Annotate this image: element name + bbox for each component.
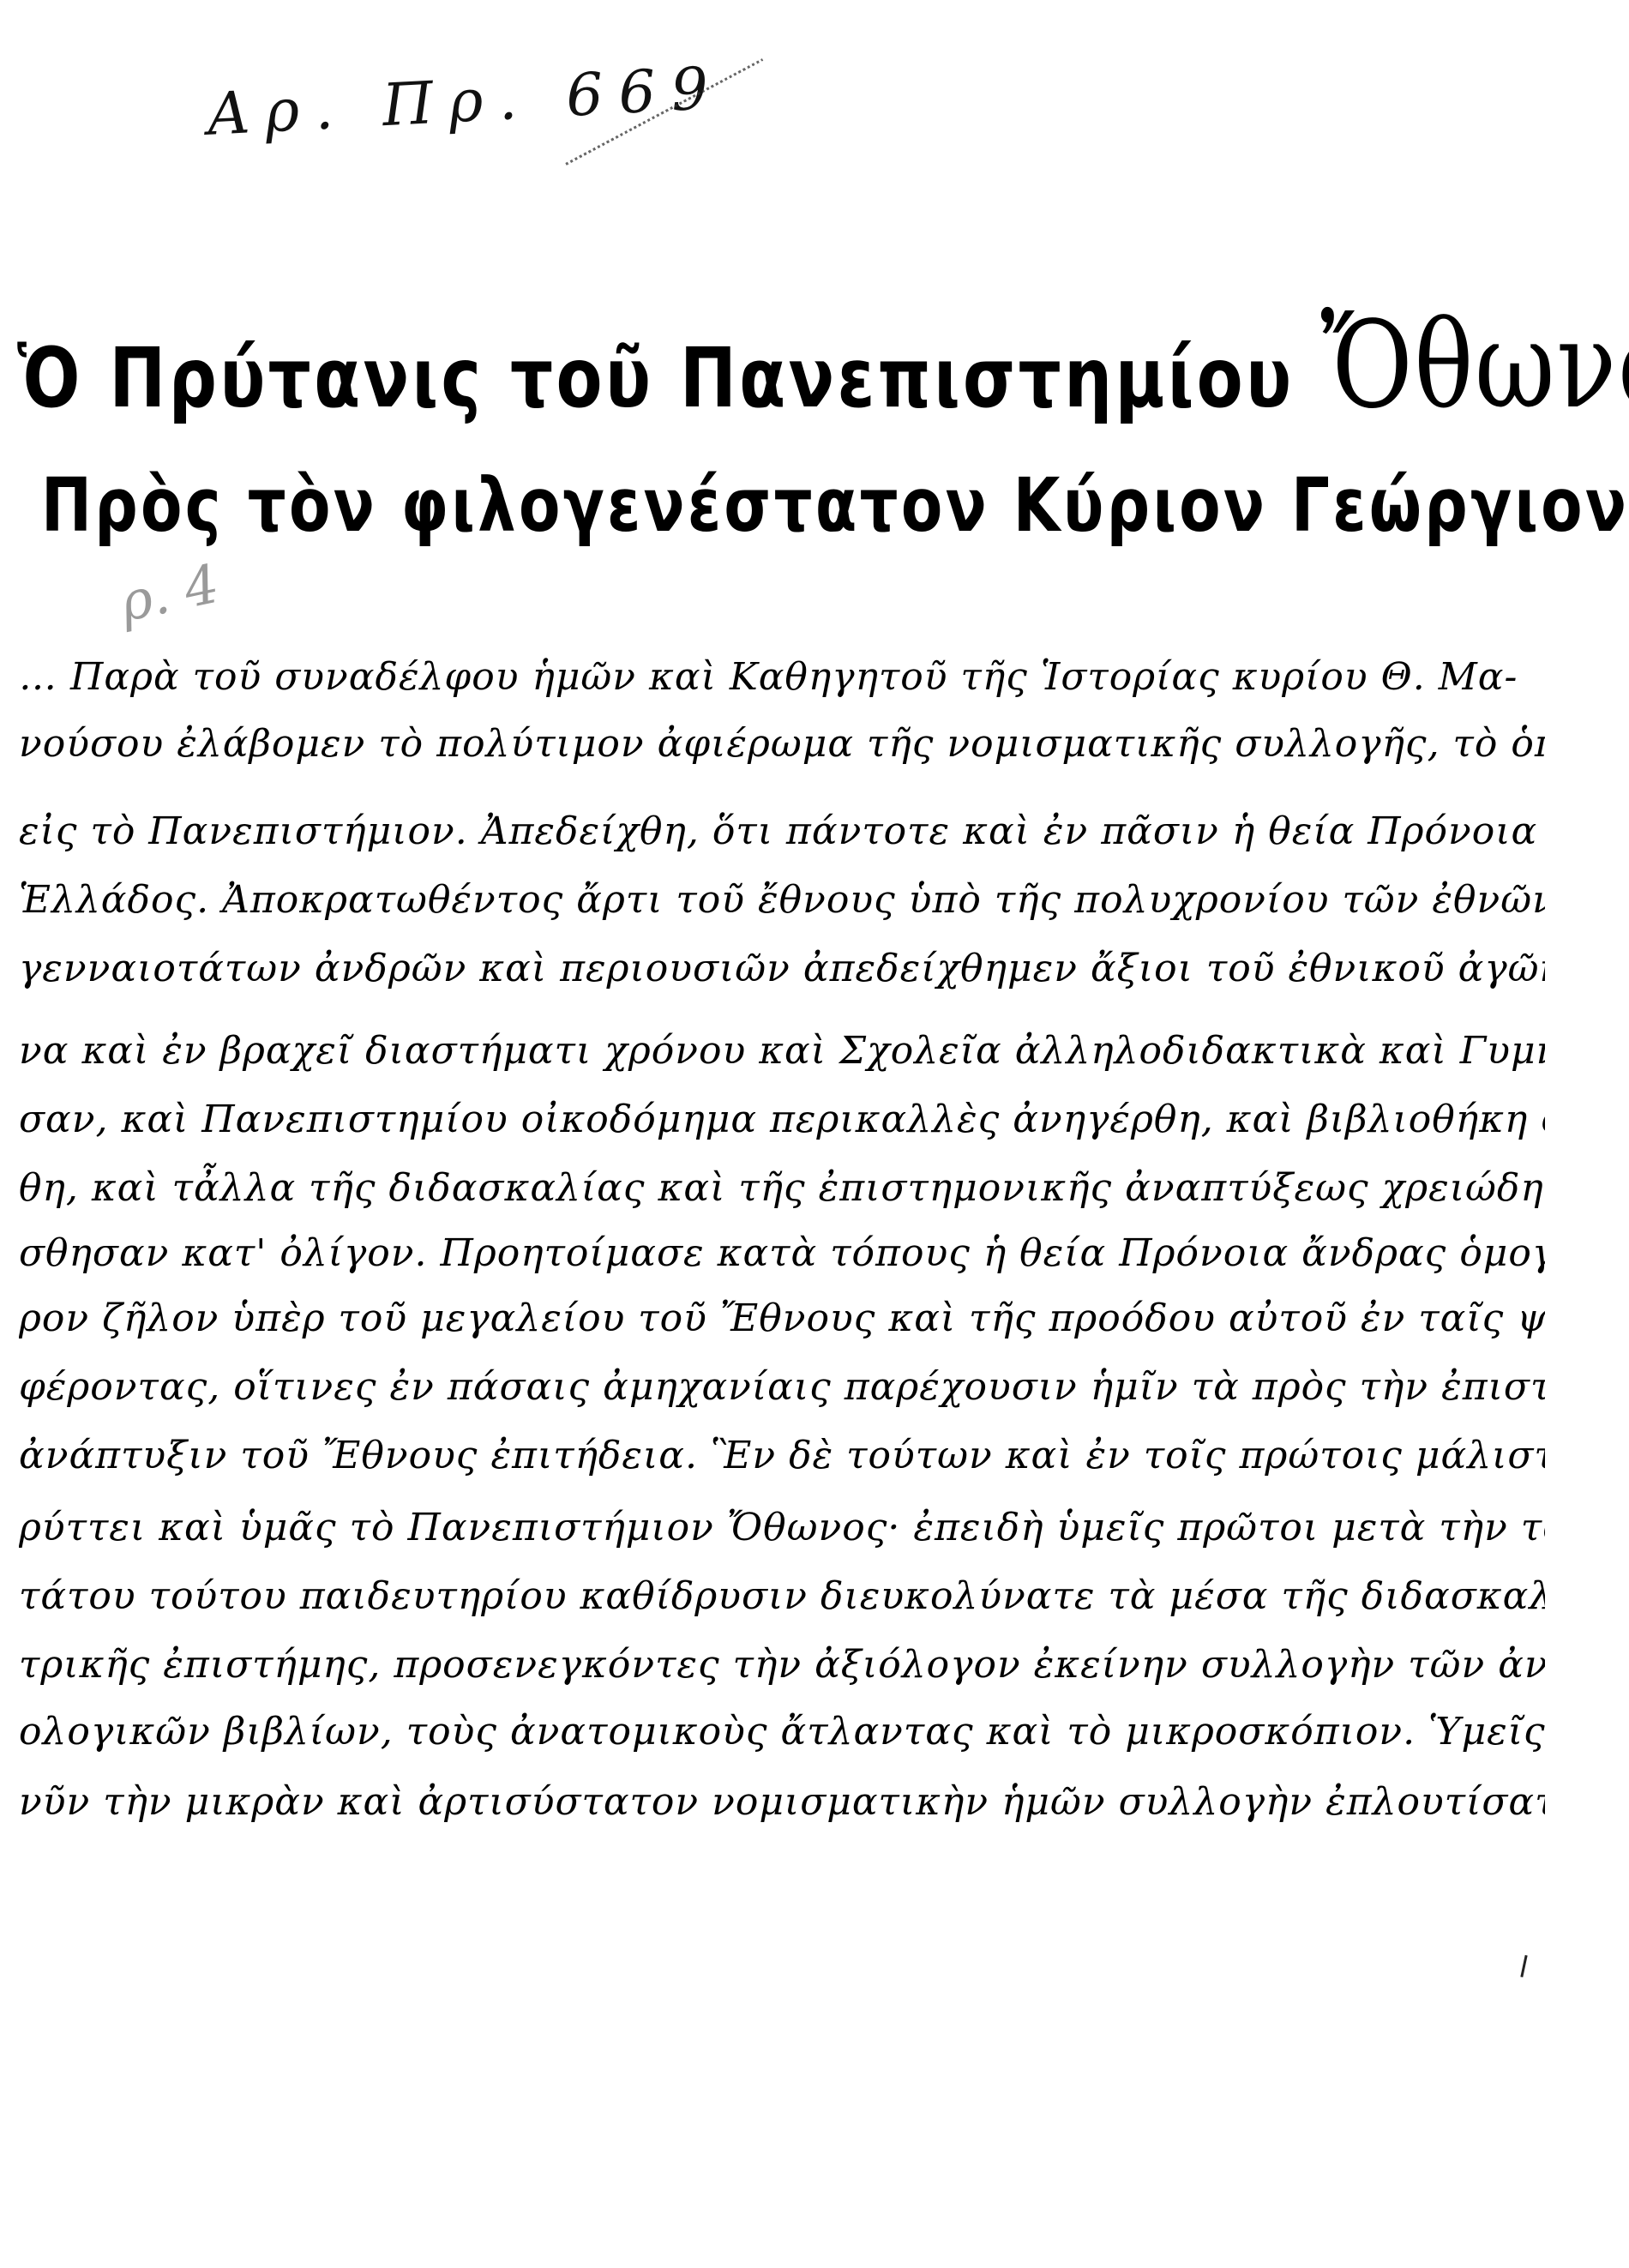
body-line: γενναιοτάτων ἀνδρῶν καὶ περιουσιῶν ἀπεδε… xyxy=(19,943,1545,995)
body-line: ρύττει καὶ ὑμᾶς τὸ Πανεπιστήμιον Ὄθωνος·… xyxy=(19,1502,1545,1554)
body-line: θη, καὶ τἆλλα τῆς διδασκαλίας καὶ τῆς ἐπ… xyxy=(19,1163,1545,1214)
body-line: σθησαν κατ' ὀλίγον. Προητοίμασε κατὰ τόπ… xyxy=(19,1228,1545,1279)
body-line: εἰς τὸ Πανεπιστήμιον. Ἀπεδείχθη, ὅτι πάν… xyxy=(19,806,1545,857)
letter-body: … Παρὰ τοῦ συναδέλφου ἡμῶν καὶ Καθηγητοῦ… xyxy=(0,0,1629,2268)
scanned-letter-page: Αρ. Πρ. 669 Ὁ Πρύτανις τοῦ Πανεπιστημίου… xyxy=(0,0,1629,2268)
body-line: ολογικῶν βιβλίων, τοὺς ἀνατομικοὺς ἄτλαν… xyxy=(19,1706,1545,1758)
body-line: ρον ζῆλον ὑπὲρ τοῦ μεγαλείου τοῦ Ἔθνους … xyxy=(19,1293,1545,1345)
body-line: νῦν τὴν μικρὰν καὶ ἀρτισύστατον νομισματ… xyxy=(19,1777,1545,1828)
body-line: νούσου ἐλάβομεν τὸ πολύτιμον ἀφιέρωμα τῆ… xyxy=(19,719,1545,770)
body-line: φέροντας, οἵτινες ἐν πάσαις ἀμηχανίαις π… xyxy=(19,1362,1545,1413)
body-line: … Παρὰ τοῦ συναδέλφου ἡμῶν καὶ Καθηγητοῦ… xyxy=(19,652,1545,703)
body-line: να καὶ ἐν βραχεῖ διαστήματι χρόνου καὶ Σ… xyxy=(19,1026,1545,1077)
body-line: τάτου τούτου παιδευτηρίου καθίδρυσιν διε… xyxy=(19,1571,1545,1622)
body-line: σαν, καὶ Πανεπιστημίου οἰκοδόμημα περικα… xyxy=(19,1094,1545,1146)
body-line: ἀνάπτυξιν τοῦ Ἔθνους ἐπιτήδεια. Ἓν δὲ το… xyxy=(19,1430,1545,1482)
body-line: τρικῆς ἐπιστήμης, προσενεγκόντες τὴν ἀξι… xyxy=(19,1639,1545,1691)
body-line: Ἑλλάδος. Ἀποκρατωθέντος ἄρτι τοῦ ἔθνους … xyxy=(19,875,1545,926)
